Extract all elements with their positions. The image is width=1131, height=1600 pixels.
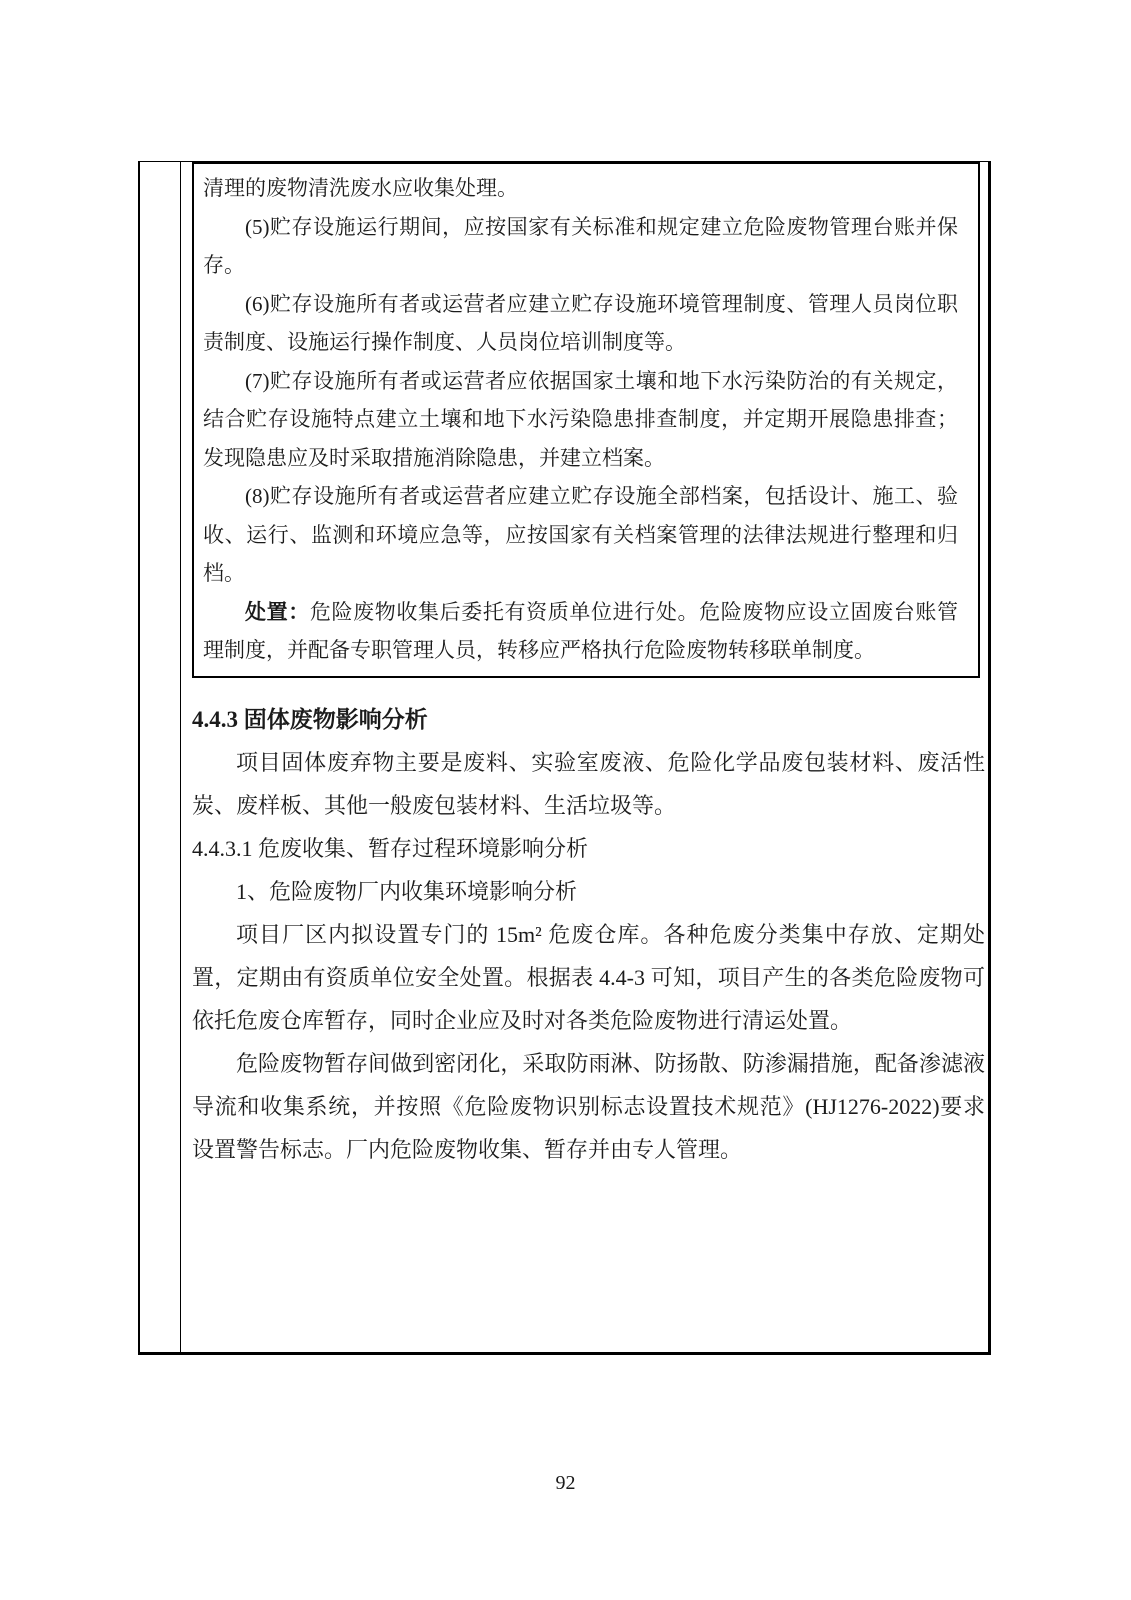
- document-page: 清理的废物清洗废水应收集处理。 (5)贮存设施运行期间，应按国家有关标准和规定建…: [0, 0, 1131, 1600]
- boxed-paragraph-disposal: 处置：危险废物收集后委托有资质单位进行处。危险废物应设立固废台账管理制度，并配备…: [203, 593, 958, 670]
- boxed-requirements-cell: 清理的废物清洗废水应收集处理。 (5)贮存设施运行期间，应按国家有关标准和规定建…: [192, 162, 980, 678]
- boxed-paragraph-item-5: (5)贮存设施运行期间，应按国家有关标准和规定建立危险废物管理台账并保存。: [203, 208, 958, 285]
- boxed-paragraph-item-6: (6)贮存设施所有者或运营者应建立贮存设施环境管理制度、管理人员岗位职责制度、设…: [203, 285, 958, 362]
- boxed-paragraph-wastewater: 清理的废物清洗废水应收集处理。: [203, 169, 958, 208]
- section-heading-443: 4.4.3 固体废物影响分析: [192, 698, 985, 741]
- section-443: 4.4.3 固体废物影响分析 项目固体废弃物主要是废料、实验室废液、危险化学品废…: [192, 698, 985, 1171]
- paragraph-warehouse: 项目厂区内拟设置专门的 15m² 危废仓库。各种危废分类集中存放、定期处置，定期…: [192, 913, 985, 1042]
- disposal-label: 处置：: [245, 600, 310, 624]
- paragraph-storage-measures: 危险废物暂存间做到密闭化，采取防雨淋、防扬散、防渗漏措施，配备渗滤液导流和收集系…: [192, 1042, 985, 1171]
- section-heading-4431: 4.4.3.1 危废收集、暂存过程环境影响分析: [192, 827, 985, 870]
- table-content-cell: 清理的废物清洗废水应收集处理。 (5)贮存设施运行期间，应按国家有关标准和规定建…: [192, 162, 985, 1171]
- boxed-paragraph-item-7: (7)贮存设施所有者或运营者应依据国家土壤和地下水污染防治的有关规定，结合贮存设…: [203, 362, 958, 478]
- page-number: 92: [0, 1472, 1131, 1495]
- disposal-text: 危险废物收集后委托有资质单位进行处。危险废物应设立固废台账管理制度，并配备专职管…: [203, 600, 958, 663]
- document-table-frame: 清理的废物清洗废水应收集处理。 (5)贮存设施运行期间，应按国家有关标准和规定建…: [138, 161, 991, 1355]
- subheading-collection-analysis: 1、危险废物厂内收集环境影响分析: [192, 870, 985, 913]
- paragraph-solid-waste: 项目固体废弃物主要是废料、实验室废液、危险化学品废包装材料、废活性炭、废样板、其…: [192, 741, 985, 827]
- boxed-paragraph-item-8: (8)贮存设施所有者或运营者应建立贮存设施全部档案，包括设计、施工、验收、运行、…: [203, 477, 958, 593]
- table-left-margin-cell: [140, 162, 181, 1352]
